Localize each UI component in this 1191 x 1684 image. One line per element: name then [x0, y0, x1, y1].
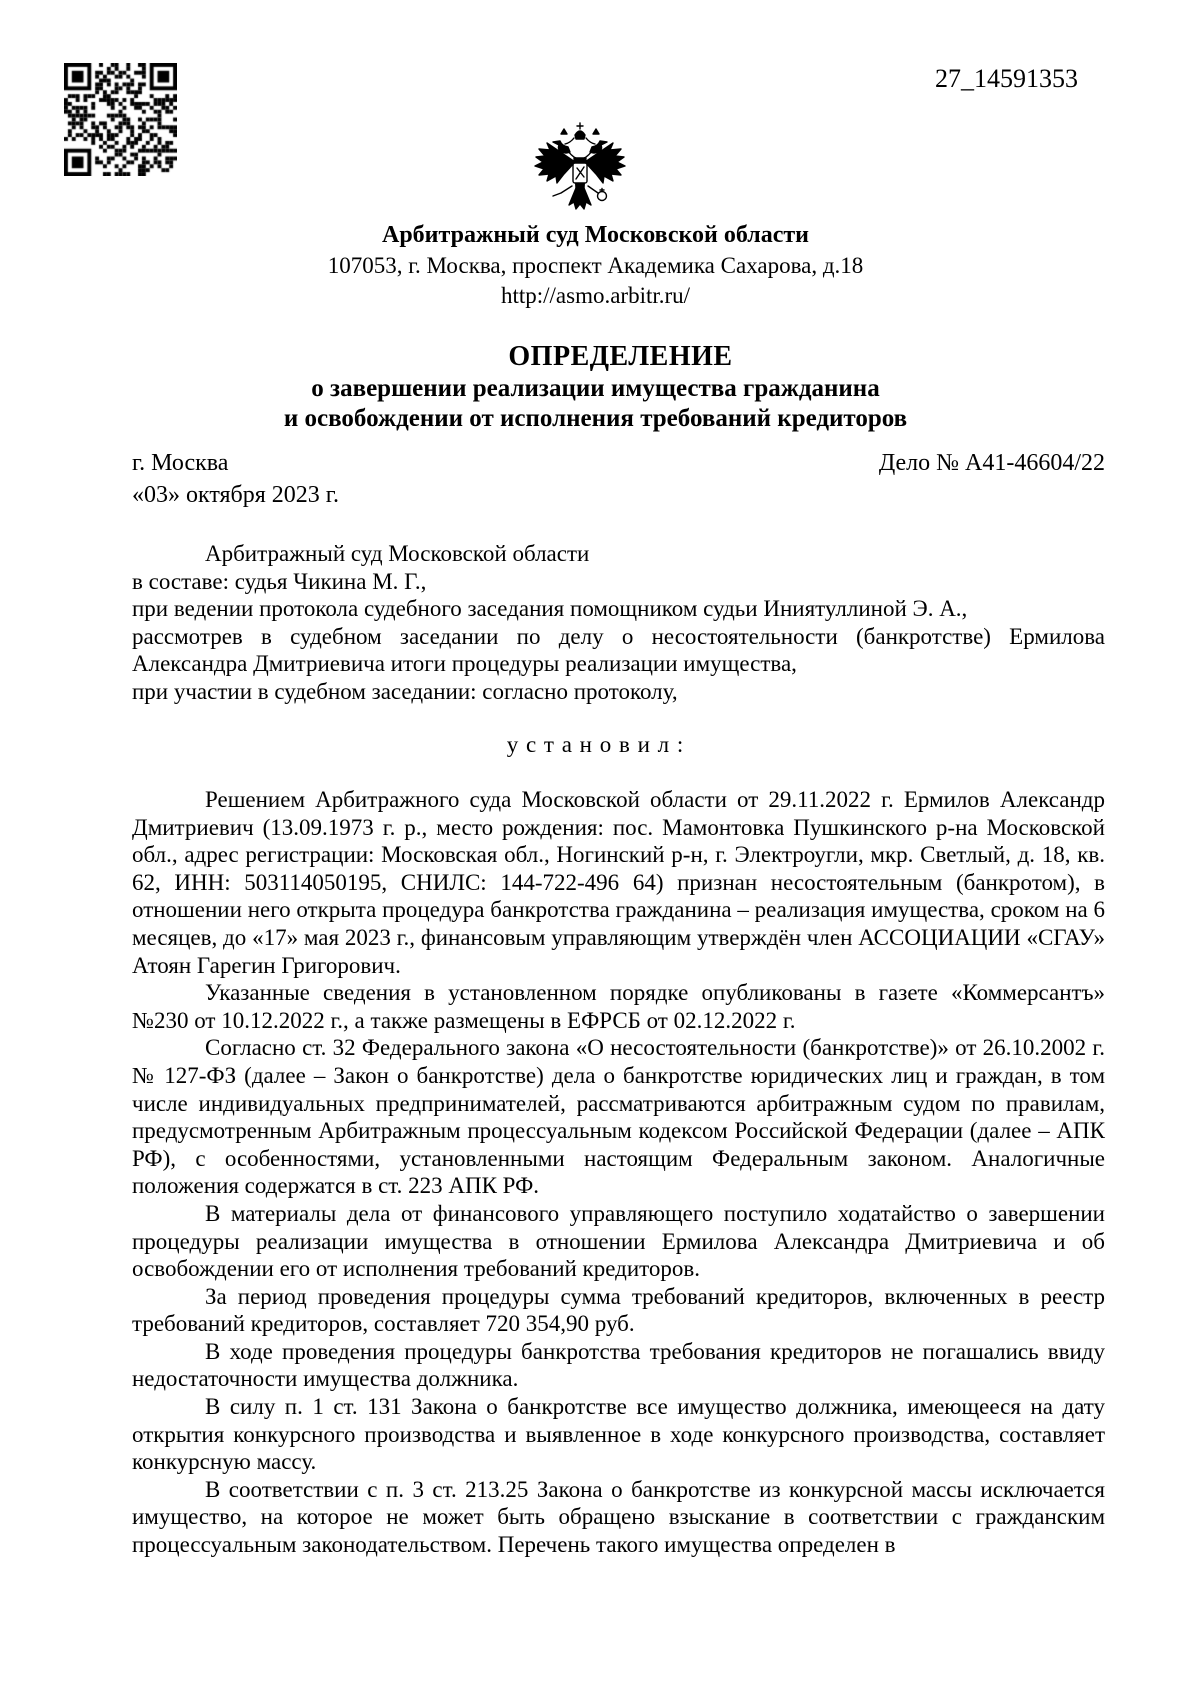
russia-coat-of-arms-icon — [532, 120, 628, 222]
case-number: Дело № А41-46604/22 — [879, 449, 1105, 478]
intro-court-line: Арбитражный суд Московской области — [132, 540, 1105, 568]
letterhead: Арбитражный суд Московской области 10705… — [0, 220, 1191, 311]
document-title-block: ОПРЕДЕЛЕНИЕ о завершении реализации имущ… — [0, 340, 1191, 434]
paragraph-3: Согласно ст. 32 Федерального закона «О н… — [132, 1034, 1105, 1200]
qr-code-icon — [64, 63, 177, 176]
court-name: Арбитражный суд Московской области — [0, 220, 1191, 251]
paragraph-1: Решением Арбитражного суда Московской об… — [132, 786, 1105, 979]
court-website: http://asmo.arbitr.ru/ — [0, 281, 1191, 311]
case-composition: Арбитражный суд Московской области в сос… — [132, 540, 1105, 705]
court-ruling-document: 27_14591353 — [0, 0, 1191, 1684]
case-city: г. Москва — [132, 449, 228, 478]
case-info: г. Москва Дело № А41-46604/22 «03» октяб… — [132, 449, 1105, 510]
paragraph-2: Указанные сведения в установленном поряд… — [132, 979, 1105, 1034]
case-date: «03» октября 2023 г. — [132, 481, 1105, 510]
paragraph-5: За период проведения процедуры сумма тре… — [132, 1283, 1105, 1338]
paragraph-4: В материалы дела от финансового управляю… — [132, 1200, 1105, 1283]
intro-participants-line: при участии в судебном заседании: соглас… — [132, 678, 1105, 706]
document-number: 27_14591353 — [935, 64, 1078, 94]
paragraph-8: В соответствии с п. 3 ст. 213.25 Закона … — [132, 1476, 1105, 1559]
title-ruling-word: ОПРЕДЕЛЕНИЕ — [25, 340, 1191, 374]
paragraph-7: В силу п. 1 ст. 131 Закона о банкротстве… — [132, 1393, 1105, 1476]
court-address: 107053, г. Москва, проспект Академика Са… — [0, 251, 1191, 281]
paragraph-6: В ходе проведения процедуры банкротства … — [132, 1338, 1105, 1393]
intro-judge-line: в составе: судья Чикина М. Г., — [132, 568, 1105, 596]
title-subtitle-1: о завершении реализации имущества гражда… — [0, 374, 1191, 404]
ruling-body: Решением Арбитражного суда Московской об… — [132, 786, 1105, 1559]
title-subtitle-2: и освобождении от исполнения требований … — [0, 404, 1191, 434]
intro-hearing-line: рассмотрев в судебном заседании по делу … — [132, 623, 1105, 678]
ruling-keyword: у с т а н о в и л : — [0, 731, 1191, 759]
intro-clerk-line: при ведении протокола судебного заседани… — [132, 595, 1105, 623]
